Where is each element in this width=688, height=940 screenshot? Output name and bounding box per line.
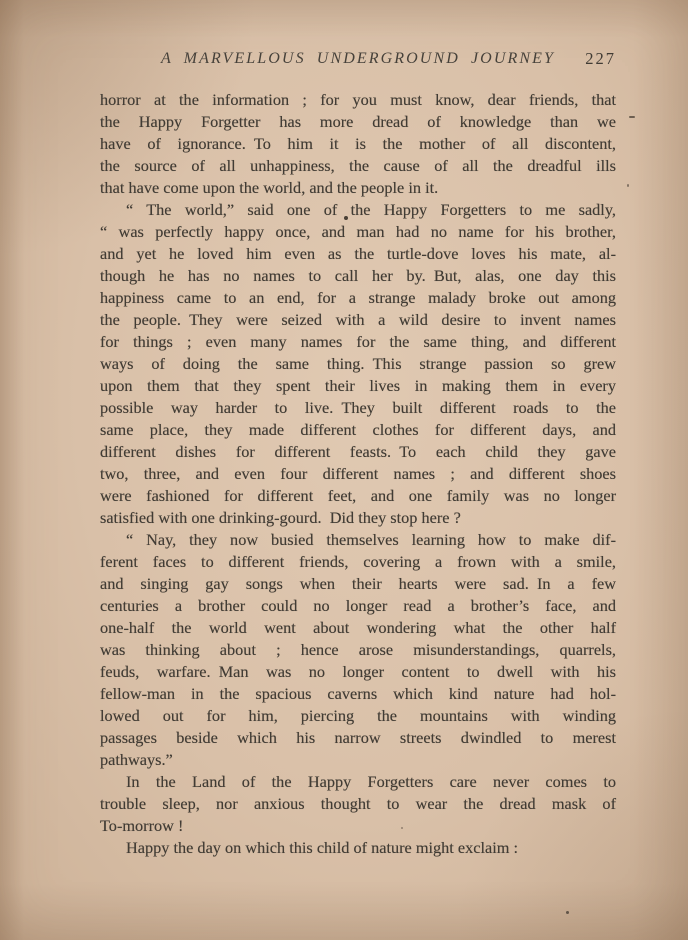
text-line: happiness came to an end, for a strange … [100,287,616,309]
text-line: for things ; even many names for the sam… [100,331,616,353]
text-line: were fashioned for different feet, and o… [100,485,616,507]
ink-speck [627,184,629,187]
ink-speck [629,116,635,118]
text-line: “ The world,” said one of the Happy Forg… [100,199,616,221]
text-line: was thinking about ; hence arose misunde… [100,639,616,661]
text-line: upon them that they spent their lives in… [100,375,616,397]
ink-speck [344,216,348,220]
book-page: A MARVELLOUS UNDERGROUND JOURNEY 227 hor… [0,0,688,940]
text-line: the people. They were seized with a wild… [100,309,616,331]
text-line: lowed out for him, piercing the mountain… [100,705,616,727]
text-line: satisfied with one drinking-gourd. Did t… [100,507,616,529]
text-line: the source of all unhappiness, the cause… [100,155,616,177]
ink-speck [566,911,569,914]
text-line: same place, they made different clothes … [100,419,616,441]
chapter-title: A MARVELLOUS UNDERGROUND JOURNEY [161,50,555,67]
text-line: To-morrow ! [100,815,616,837]
text-line: that have come upon the world, and the p… [100,177,616,199]
text-line: have of ignorance. To him it is the moth… [100,133,616,155]
text-line: and singing gay songs when their hearts … [100,573,616,595]
text-line: possible way harder to live. They built … [100,397,616,419]
text-line: feuds, warfare. Man was no longer conten… [100,661,616,683]
body-text: horror at the information ; for you must… [100,89,616,859]
text-line: In the Land of the Happy Forgetters care… [100,771,616,793]
text-line: centuries a brother could no longer read… [100,595,616,617]
text-line: passages beside which his narrow streets… [100,727,616,749]
page-number: 227 [585,49,616,69]
text-line: one-half the world went about wondering … [100,617,616,639]
running-head: A MARVELLOUS UNDERGROUND JOURNEY 227 [100,49,616,69]
text-line: two, three, and even four different name… [100,463,616,485]
text-line: though he has no names to call her by. B… [100,265,616,287]
text-line: Happy the day on which this child of nat… [100,837,616,859]
text-line: the Happy Forgetter has more dread of kn… [100,111,616,133]
text-line: and yet he loved him even as the turtle-… [100,243,616,265]
ink-speck [401,827,403,829]
text-line: trouble sleep, nor anxious thought to we… [100,793,616,815]
text-line: fellow-man in the spacious caverns which… [100,683,616,705]
text-line: horror at the information ; for you must… [100,89,616,111]
text-line: “ Nay, they now busied themselves learni… [100,529,616,551]
text-line: ferent faces to different friends, cover… [100,551,616,573]
text-line: different dishes for different feasts. T… [100,441,616,463]
text-line: “ was perfectly happy once, and man had … [100,221,616,243]
text-line: ways of doing the same thing. This stran… [100,353,616,375]
text-line: pathways.” [100,749,616,771]
